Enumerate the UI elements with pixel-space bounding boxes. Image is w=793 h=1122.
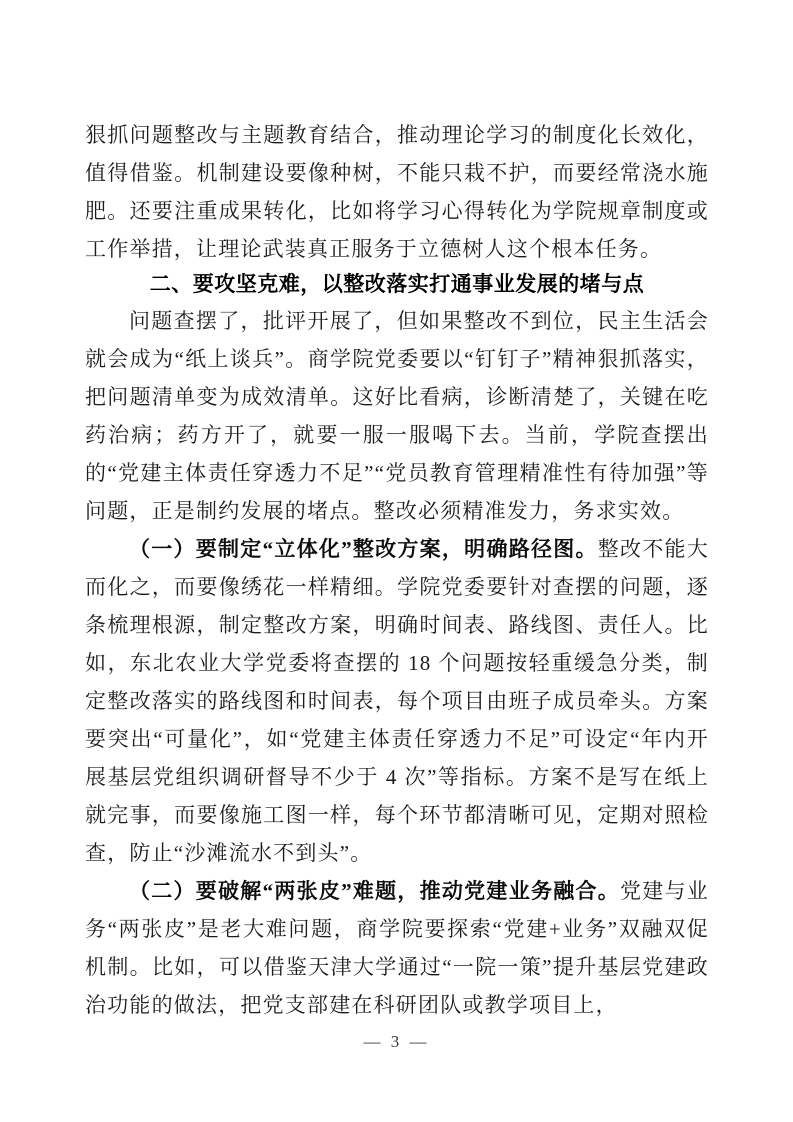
page-number: — 3 —: [0, 1032, 793, 1052]
subsection-1-lead: （一）要制定“立体化”整改方案，明确路径图。: [129, 537, 598, 561]
paragraph-subsection-2: （二）要破解“两张皮”难题，推动党建业务融合。党建与业务“两张皮”是老大难问题，…: [85, 872, 709, 1024]
subsection-1-text: 整改不能大而化之，而要像绣花一样精细。学院党委要针对查摆的问题，逐条梳理根源，制…: [85, 537, 709, 865]
paragraph-continuation: 狠抓问题整改与主题教育结合，推动理论学习的制度化长效化，值得借鉴。机制建设要像种…: [85, 116, 709, 268]
paragraph-subsection-1: （一）要制定“立体化”整改方案，明确路径图。整改不能大而化之，而要像绣花一样精细…: [85, 530, 709, 872]
document-page: 狠抓问题整改与主题教育结合，推动理论学习的制度化长效化，值得借鉴。机制建设要像种…: [0, 0, 793, 1122]
section-heading: 二、要攻坚克难，以整改落实打通事业发展的堵与点: [85, 268, 709, 302]
paragraph-problems-rectification: 问题查摆了，批评开展了，但如果整改不到位，民主生活会就会成为“纸上谈兵”。商学院…: [85, 302, 709, 530]
subsection-2-lead: （二）要破解“两张皮”难题，推动党建业务融合。: [129, 879, 620, 903]
